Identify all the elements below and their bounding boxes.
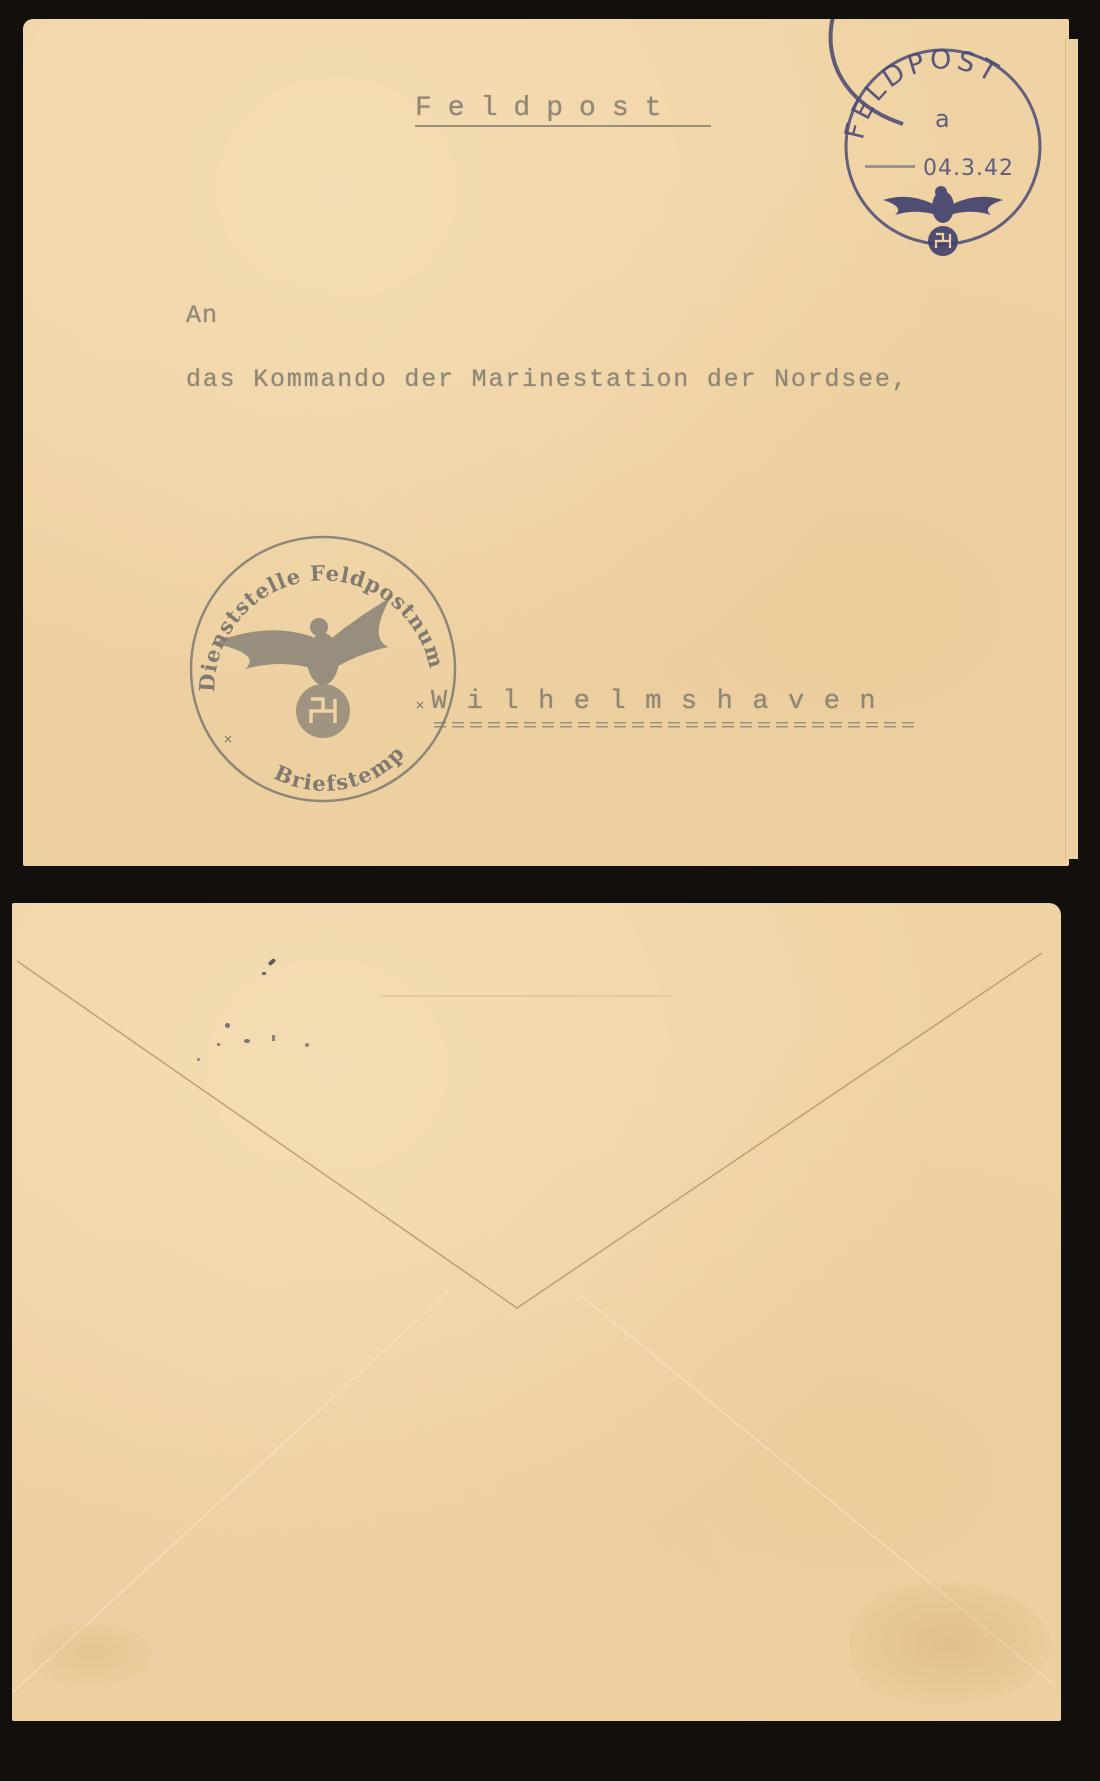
postmark-graphic: FELDPOST a 04.3.42: [813, 19, 1073, 279]
envelope-front: Feldpost An das Kommando der Marinestati…: [23, 19, 1069, 866]
address-city: Wilhelmshaven: [431, 687, 895, 717]
address-recipient: das Kommando der Marinestation der Nords…: [186, 365, 909, 394]
eagle-emblem-icon: [883, 186, 1003, 256]
envelope-back: [12, 903, 1061, 1721]
office-briefstempel: Dienststelle Feldpostnummer 11064 Briefs…: [173, 519, 473, 819]
svg-text:×: ×: [415, 698, 425, 712]
water-stain: [850, 1583, 1050, 1703]
address-salutation: An: [186, 301, 218, 330]
heading-underline: [415, 125, 711, 127]
office-stamp-graphic: Dienststelle Feldpostnummer 11064 Briefs…: [173, 519, 473, 819]
postmark-date: 04.3.42: [923, 156, 1014, 181]
feldpost-heading: Feldpost: [415, 93, 677, 124]
water-stain: [32, 1623, 152, 1683]
postmark-code: a: [935, 105, 950, 133]
city-double-underline: [434, 722, 916, 728]
feldpost-postmark: FELDPOST a 04.3.42: [813, 19, 1073, 279]
svg-text:×: ×: [223, 732, 233, 746]
